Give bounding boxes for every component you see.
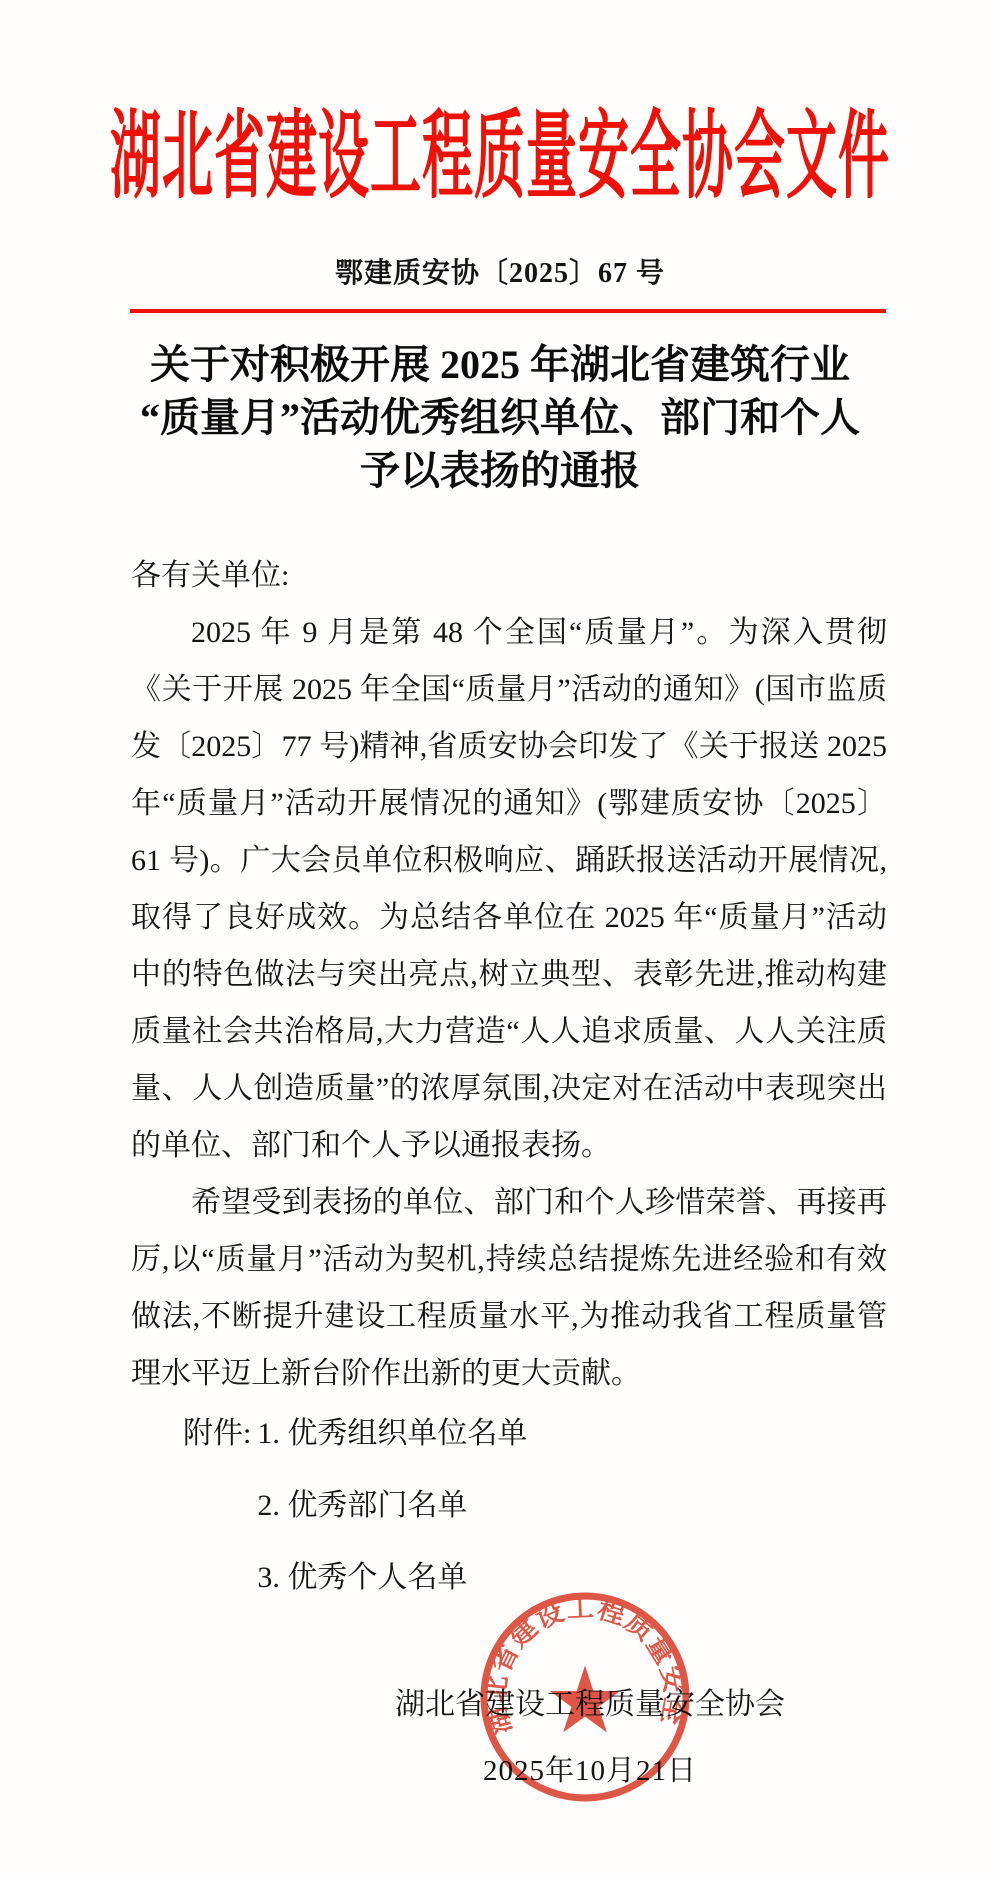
signature-block: 湖北省建设工程质量安全协会 2025年10月21日 [385, 1679, 795, 1789]
document-number: 鄂建质安协〔2025〕67 号 [0, 251, 1000, 291]
attachments-label: 附件: [183, 1398, 251, 1470]
document-title-line: 予以表扬的通报 [100, 444, 900, 497]
attachment-item: 3. 优秀个人名单 [257, 1542, 527, 1614]
red-divider-line [130, 309, 886, 313]
attachments-list: 1. 优秀组织单位名单 2. 优秀部门名单 3. 优秀个人名单 [257, 1398, 527, 1614]
attachments-block: 附件: 1. 优秀组织单位名单 2. 优秀部门名单 3. 优秀个人名单 [131, 1398, 887, 1614]
attachment-item: 2. 优秀部门名单 [257, 1470, 527, 1542]
signature-date: 2025年10月21日 [385, 1748, 795, 1789]
document-body: 各有关单位: 2025 年 9 月是第 48 个全国“质量月”。为深入贯彻《关于… [131, 547, 887, 1402]
document-page: 湖北省建设工程质量安全协会文件 鄂建质安协〔2025〕67 号 关于对积极开展 … [0, 0, 1000, 1877]
signature-org-name: 湖北省建设工程质量安全协会 [385, 1679, 795, 1723]
document-title-line: “质量月”活动优秀组织单位、部门和个人 [100, 391, 900, 444]
document-title: 关于对积极开展 2025 年湖北省建筑行业 “质量月”活动优秀组织单位、部门和个… [100, 338, 900, 497]
attachment-item: 1. 优秀组织单位名单 [257, 1398, 527, 1470]
body-paragraph-2: 希望受到表扬的单位、部门和个人珍惜荣誉、再接再厉,以“质量月”活动为契机,持续总… [131, 1174, 887, 1402]
document-title-line: 关于对积极开展 2025 年湖北省建筑行业 [100, 338, 900, 391]
letterhead-title: 湖北省建设工程质量安全协会文件 [0, 78, 1000, 217]
body-paragraph-1: 2025 年 9 月是第 48 个全国“质量月”。为深入贯彻《关于开展 2025… [131, 604, 887, 1174]
salutation: 各有关单位: [131, 547, 887, 604]
